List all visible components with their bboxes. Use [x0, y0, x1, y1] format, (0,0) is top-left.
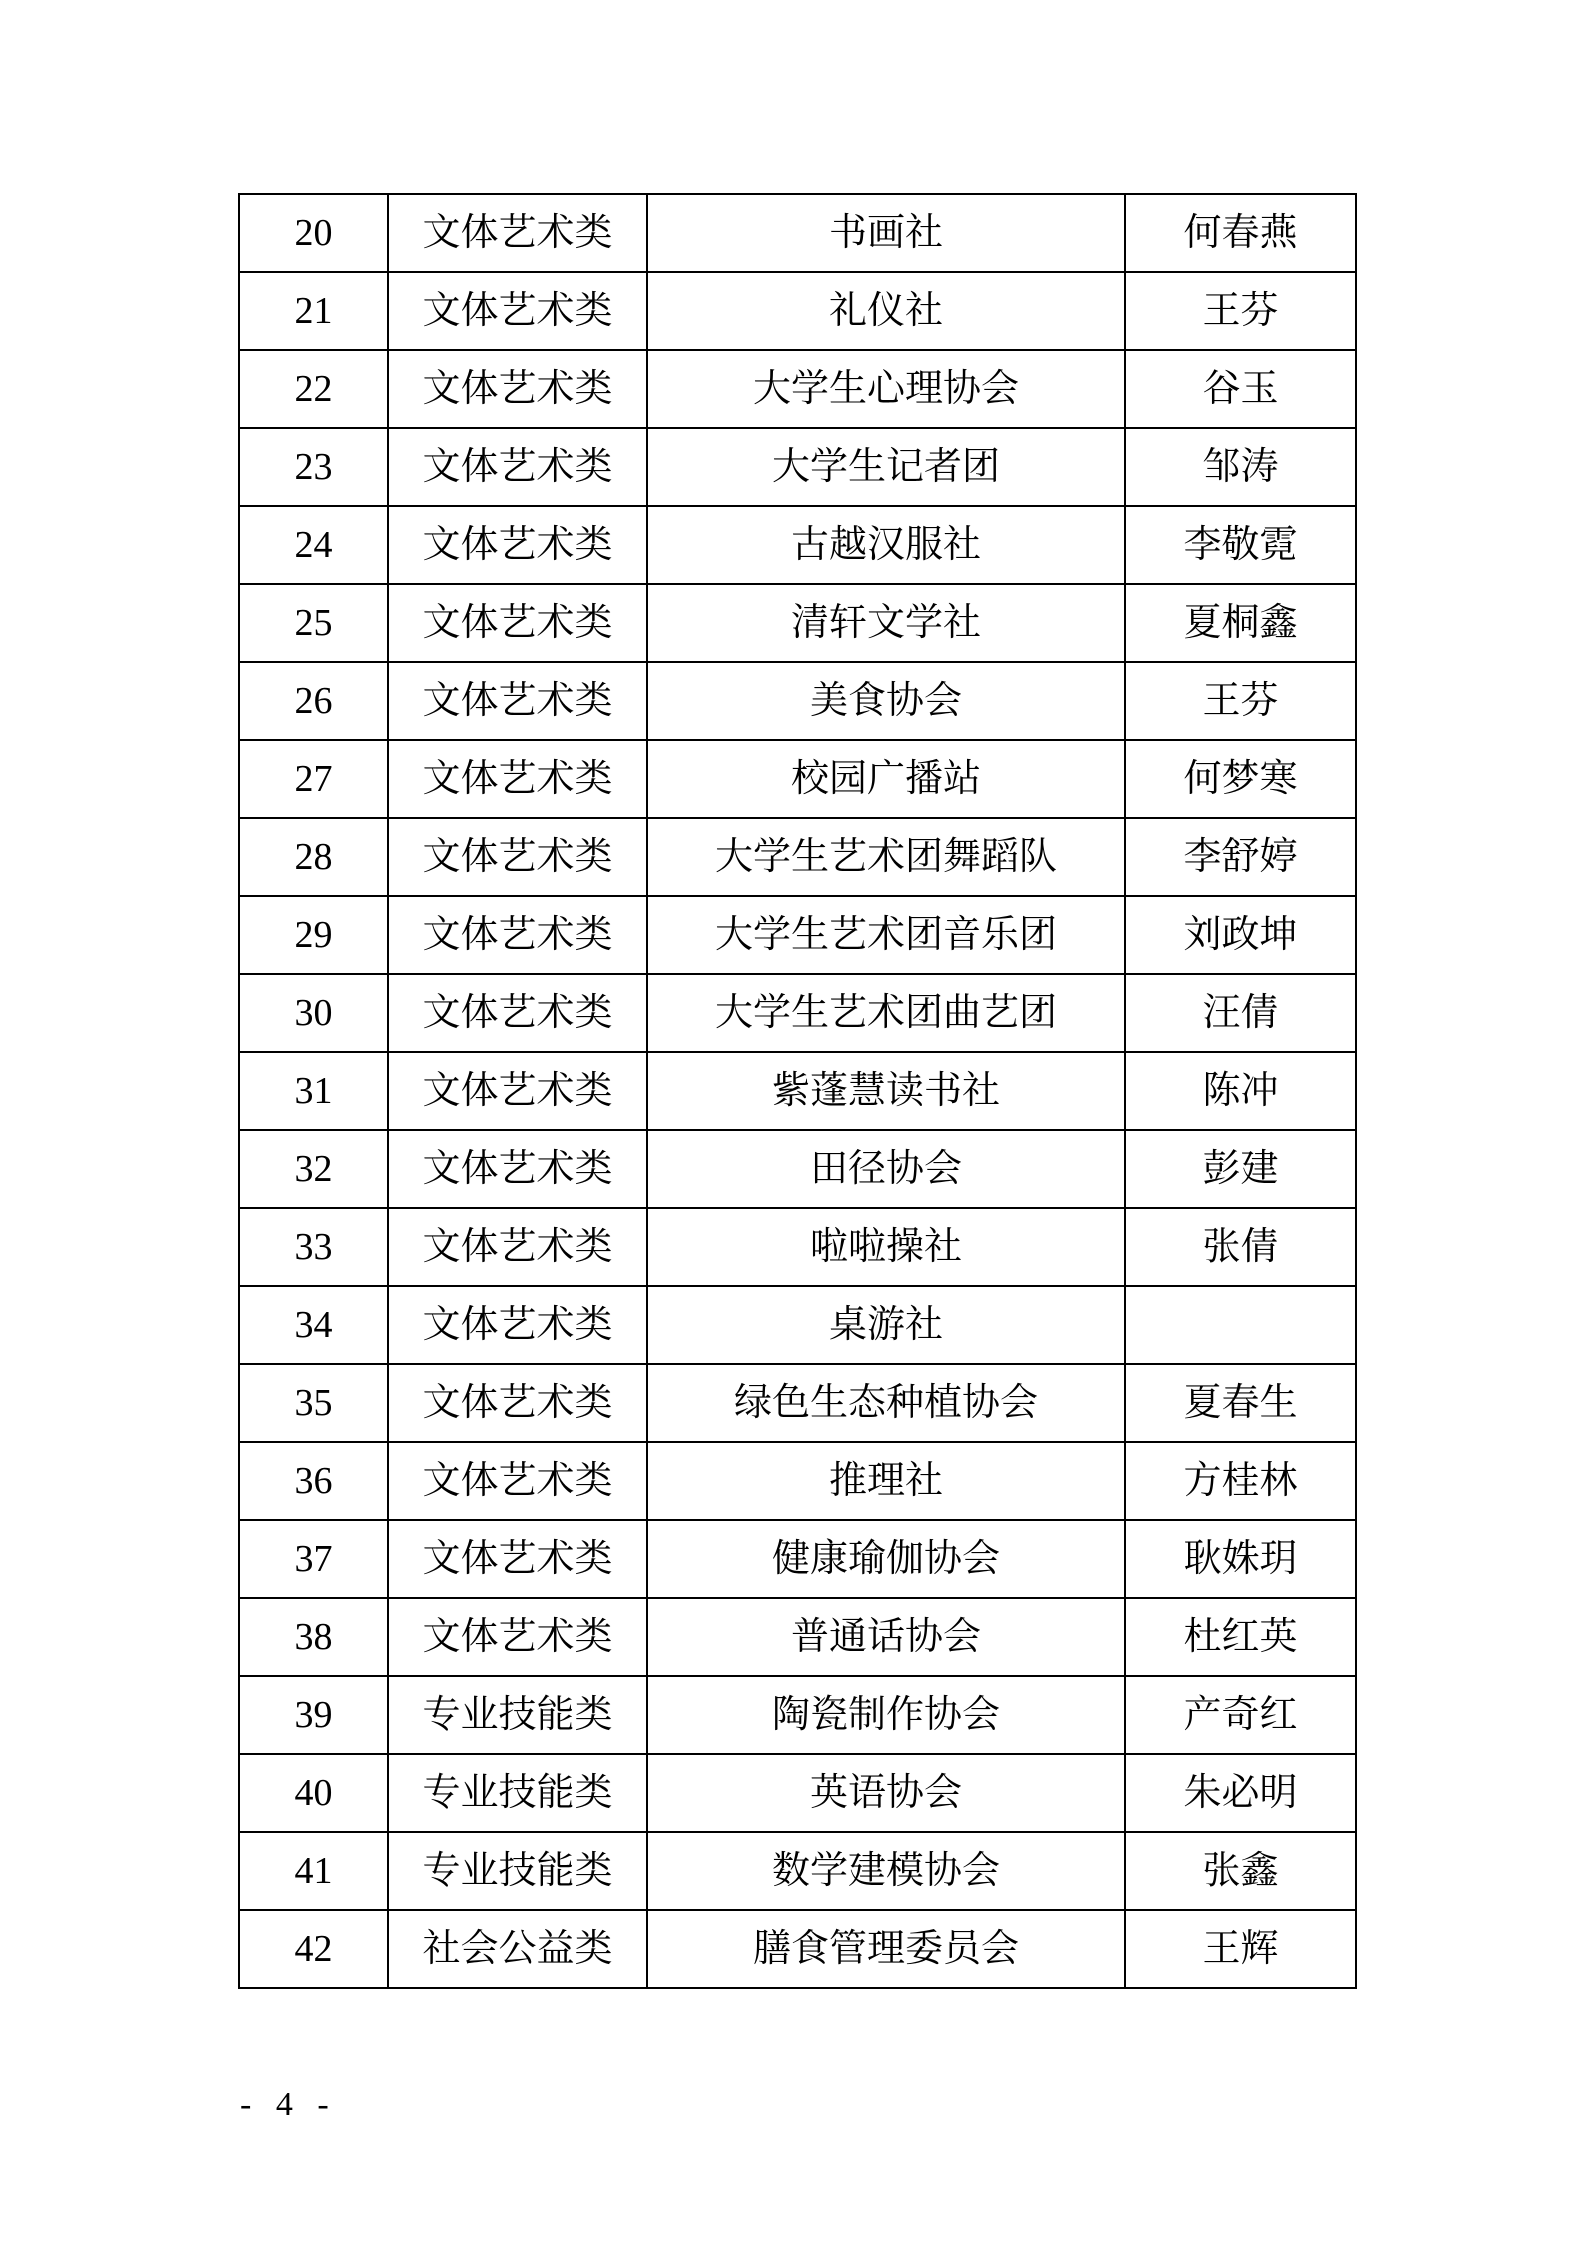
- category-cell: 文体艺术类: [388, 974, 647, 1052]
- club-name-cell: 校园广播站: [647, 740, 1125, 818]
- category-cell: 文体艺术类: [388, 1364, 647, 1442]
- table-row: 38 文体艺术类 普通话协会 杜红英: [239, 1598, 1356, 1676]
- category-cell: 文体艺术类: [388, 428, 647, 506]
- club-name-cell: 大学生记者团: [647, 428, 1125, 506]
- club-name-cell: 大学生艺术团音乐团: [647, 896, 1125, 974]
- club-name-cell: 清轩文学社: [647, 584, 1125, 662]
- club-name-cell: 绿色生态种植协会: [647, 1364, 1125, 1442]
- table-row: 23 文体艺术类 大学生记者团 邹涛: [239, 428, 1356, 506]
- row-number-cell: 33: [239, 1208, 388, 1286]
- row-number-cell: 38: [239, 1598, 388, 1676]
- row-number-cell: 22: [239, 350, 388, 428]
- category-cell: 文体艺术类: [388, 350, 647, 428]
- category-cell: 文体艺术类: [388, 194, 647, 272]
- table-row: 28 文体艺术类 大学生艺术团舞蹈队 李舒婷: [239, 818, 1356, 896]
- advisor-cell: 朱必明: [1125, 1754, 1356, 1832]
- advisor-cell: 何春燕: [1125, 194, 1356, 272]
- row-number-cell: 31: [239, 1052, 388, 1130]
- table-row: 40 专业技能类 英语协会 朱必明: [239, 1754, 1356, 1832]
- row-number-cell: 41: [239, 1832, 388, 1910]
- table-row: 29 文体艺术类 大学生艺术团音乐团 刘政坤: [239, 896, 1356, 974]
- row-number-cell: 26: [239, 662, 388, 740]
- table-row: 42 社会公益类 膳食管理委员会 王辉: [239, 1910, 1356, 1988]
- table-row: 34 文体艺术类 桌游社: [239, 1286, 1356, 1364]
- advisor-cell: 谷玉: [1125, 350, 1356, 428]
- document-page: 20 文体艺术类 书画社 何春燕 21 文体艺术类 礼仪社 王芬 22 文体艺术…: [0, 0, 1587, 2245]
- advisor-cell: 夏桐鑫: [1125, 584, 1356, 662]
- row-number-cell: 34: [239, 1286, 388, 1364]
- category-cell: 文体艺术类: [388, 1208, 647, 1286]
- category-cell: 文体艺术类: [388, 662, 647, 740]
- table-row: 26 文体艺术类 美食协会 王芬: [239, 662, 1356, 740]
- row-number-cell: 28: [239, 818, 388, 896]
- club-name-cell: 书画社: [647, 194, 1125, 272]
- table-row: 37 文体艺术类 健康瑜伽协会 耿姝玥: [239, 1520, 1356, 1598]
- advisor-cell: 王芬: [1125, 272, 1356, 350]
- row-number-cell: 23: [239, 428, 388, 506]
- category-cell: 文体艺术类: [388, 506, 647, 584]
- row-number-cell: 25: [239, 584, 388, 662]
- advisor-cell: [1125, 1286, 1356, 1364]
- page-number: - 4 -: [240, 2086, 337, 2124]
- advisor-cell: 产奇红: [1125, 1676, 1356, 1754]
- club-name-cell: 紫蓬慧读书社: [647, 1052, 1125, 1130]
- advisor-cell: 耿姝玥: [1125, 1520, 1356, 1598]
- table-row: 24 文体艺术类 古越汉服社 李敬霓: [239, 506, 1356, 584]
- category-cell: 文体艺术类: [388, 818, 647, 896]
- advisor-cell: 王芬: [1125, 662, 1356, 740]
- category-cell: 文体艺术类: [388, 1442, 647, 1520]
- table-row: 33 文体艺术类 啦啦操社 张倩: [239, 1208, 1356, 1286]
- row-number-cell: 20: [239, 194, 388, 272]
- category-cell: 文体艺术类: [388, 1598, 647, 1676]
- category-cell: 文体艺术类: [388, 1520, 647, 1598]
- row-number-cell: 35: [239, 1364, 388, 1442]
- category-cell: 文体艺术类: [388, 896, 647, 974]
- club-name-cell: 陶瓷制作协会: [647, 1676, 1125, 1754]
- advisor-cell: 张倩: [1125, 1208, 1356, 1286]
- category-cell: 文体艺术类: [388, 272, 647, 350]
- club-name-cell: 大学生艺术团曲艺团: [647, 974, 1125, 1052]
- table-row: 36 文体艺术类 推理社 方桂林: [239, 1442, 1356, 1520]
- table-row: 35 文体艺术类 绿色生态种植协会 夏春生: [239, 1364, 1356, 1442]
- advisor-cell: 杜红英: [1125, 1598, 1356, 1676]
- row-number-cell: 32: [239, 1130, 388, 1208]
- club-name-cell: 数学建模协会: [647, 1832, 1125, 1910]
- clubs-table: 20 文体艺术类 书画社 何春燕 21 文体艺术类 礼仪社 王芬 22 文体艺术…: [238, 193, 1357, 1989]
- club-name-cell: 桌游社: [647, 1286, 1125, 1364]
- club-name-cell: 古越汉服社: [647, 506, 1125, 584]
- row-number-cell: 42: [239, 1910, 388, 1988]
- row-number-cell: 36: [239, 1442, 388, 1520]
- category-cell: 专业技能类: [388, 1676, 647, 1754]
- advisor-cell: 汪倩: [1125, 974, 1356, 1052]
- advisor-cell: 李敬霓: [1125, 506, 1356, 584]
- advisor-cell: 彭建: [1125, 1130, 1356, 1208]
- club-name-cell: 英语协会: [647, 1754, 1125, 1832]
- category-cell: 文体艺术类: [388, 584, 647, 662]
- row-number-cell: 29: [239, 896, 388, 974]
- table-row: 30 文体艺术类 大学生艺术团曲艺团 汪倩: [239, 974, 1356, 1052]
- advisor-cell: 陈冲: [1125, 1052, 1356, 1130]
- club-name-cell: 田径协会: [647, 1130, 1125, 1208]
- table-row: 21 文体艺术类 礼仪社 王芬: [239, 272, 1356, 350]
- category-cell: 专业技能类: [388, 1754, 647, 1832]
- category-cell: 社会公益类: [388, 1910, 647, 1988]
- advisor-cell: 王辉: [1125, 1910, 1356, 1988]
- advisor-cell: 刘政坤: [1125, 896, 1356, 974]
- row-number-cell: 40: [239, 1754, 388, 1832]
- table-row: 22 文体艺术类 大学生心理协会 谷玉: [239, 350, 1356, 428]
- category-cell: 文体艺术类: [388, 1052, 647, 1130]
- category-cell: 专业技能类: [388, 1832, 647, 1910]
- table-row: 25 文体艺术类 清轩文学社 夏桐鑫: [239, 584, 1356, 662]
- table-row: 31 文体艺术类 紫蓬慧读书社 陈冲: [239, 1052, 1356, 1130]
- club-name-cell: 礼仪社: [647, 272, 1125, 350]
- table-row: 32 文体艺术类 田径协会 彭建: [239, 1130, 1356, 1208]
- row-number-cell: 39: [239, 1676, 388, 1754]
- advisor-cell: 夏春生: [1125, 1364, 1356, 1442]
- row-number-cell: 24: [239, 506, 388, 584]
- club-name-cell: 美食协会: [647, 662, 1125, 740]
- category-cell: 文体艺术类: [388, 740, 647, 818]
- club-name-cell: 普通话协会: [647, 1598, 1125, 1676]
- category-cell: 文体艺术类: [388, 1286, 647, 1364]
- row-number-cell: 27: [239, 740, 388, 818]
- club-name-cell: 膳食管理委员会: [647, 1910, 1125, 1988]
- table-row: 39 专业技能类 陶瓷制作协会 产奇红: [239, 1676, 1356, 1754]
- advisor-cell: 何梦寒: [1125, 740, 1356, 818]
- club-name-cell: 大学生心理协会: [647, 350, 1125, 428]
- advisor-cell: 李舒婷: [1125, 818, 1356, 896]
- club-name-cell: 大学生艺术团舞蹈队: [647, 818, 1125, 896]
- advisor-cell: 方桂林: [1125, 1442, 1356, 1520]
- club-name-cell: 健康瑜伽协会: [647, 1520, 1125, 1598]
- category-cell: 文体艺术类: [388, 1130, 647, 1208]
- advisor-cell: 邹涛: [1125, 428, 1356, 506]
- table-row: 27 文体艺术类 校园广播站 何梦寒: [239, 740, 1356, 818]
- table-row: 20 文体艺术类 书画社 何春燕: [239, 194, 1356, 272]
- row-number-cell: 37: [239, 1520, 388, 1598]
- row-number-cell: 30: [239, 974, 388, 1052]
- club-name-cell: 啦啦操社: [647, 1208, 1125, 1286]
- club-name-cell: 推理社: [647, 1442, 1125, 1520]
- advisor-cell: 张鑫: [1125, 1832, 1356, 1910]
- row-number-cell: 21: [239, 272, 388, 350]
- table-row: 41 专业技能类 数学建模协会 张鑫: [239, 1832, 1356, 1910]
